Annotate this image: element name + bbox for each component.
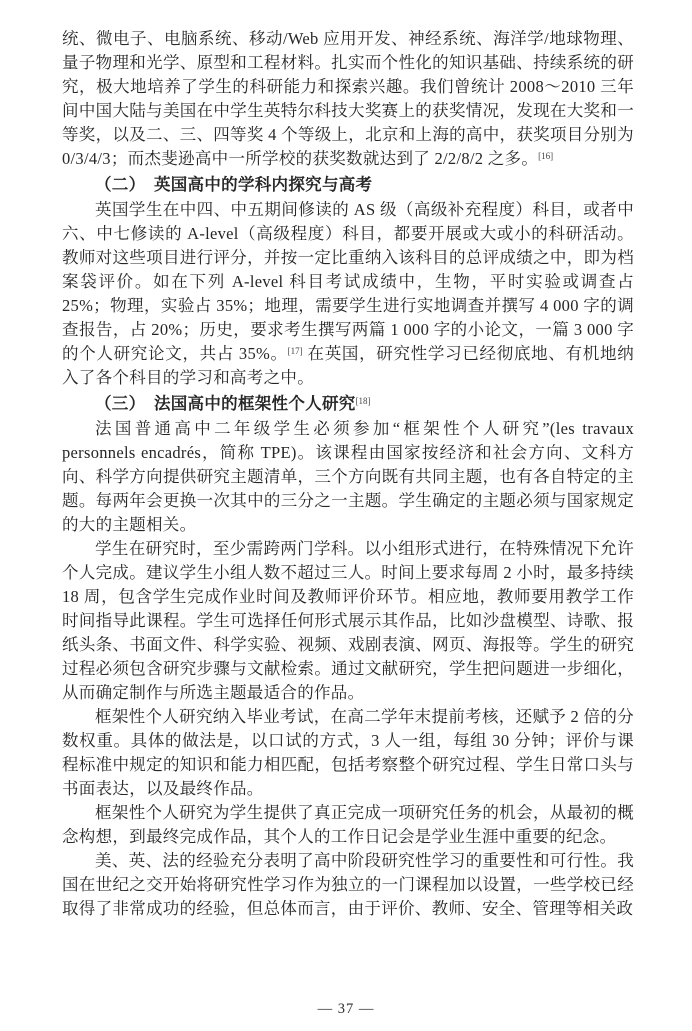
paragraph-summary: 美、英、法的经验充分表明了高中阶段研究性学习的重要性和可行性。我国在世纪之交开始… bbox=[62, 849, 634, 921]
paragraph-uk-alevel: 英国学生在中四、中五期间修读的 AS 级（高级补充程度）科目，或者中六、中七修读… bbox=[62, 198, 634, 390]
footnote-ref-16: [16] bbox=[538, 151, 553, 161]
paragraph-text: 统、微电子、电脑系统、移动/Web 应用开发、神经系统、海洋学/地球物理、量子物… bbox=[62, 29, 634, 168]
paragraph-us-intel-awards: 统、微电子、电脑系统、移动/Web 应用开发、神经系统、海洋学/地球物理、量子物… bbox=[62, 27, 634, 171]
heading-text: （三） 法国高中的框架性个人研究 bbox=[95, 394, 356, 413]
paragraph-tpe-exam: 框架性个人研究纳入毕业考试，在高二学年末提前考核，还赋予 2 倍的分数权重。具体… bbox=[62, 705, 634, 801]
footnote-ref-18: [18] bbox=[356, 396, 371, 406]
section-heading-france: （三） 法国高中的框架性个人研究[18] bbox=[62, 392, 634, 416]
paragraph-text: 英国学生在中四、中五期间修读的 AS 级（高级补充程度）科目，或者中六、中七修读… bbox=[62, 200, 634, 363]
paragraph-tpe-intro: 法国普通高中二年级学生必须参加“框架性个人研究”(les travaux per… bbox=[62, 417, 634, 537]
paragraph-tpe-process: 学生在研究时，至少需跨两门学科。以小组形式进行，在特殊情况下允许个人完成。建议学… bbox=[62, 537, 634, 705]
document-page: 统、微电子、电脑系统、移动/Web 应用开发、神经系统、海洋学/地球物理、量子物… bbox=[0, 0, 692, 1031]
page-number: — 37 — bbox=[0, 1001, 692, 1018]
paragraph-tpe-value: 框架性个人研究为学生提供了真正完成一项研究任务的机会，从最初的概念构想，到最终完… bbox=[62, 801, 634, 849]
footnote-ref-17: [17] bbox=[288, 346, 303, 356]
section-heading-uk: （二） 英国高中的学科内探究与高考 bbox=[62, 173, 634, 197]
heading-text: （二） 英国高中的学科内探究与高考 bbox=[95, 175, 372, 194]
page-content: 统、微电子、电脑系统、移动/Web 应用开发、神经系统、海洋学/地球物理、量子物… bbox=[62, 27, 634, 921]
